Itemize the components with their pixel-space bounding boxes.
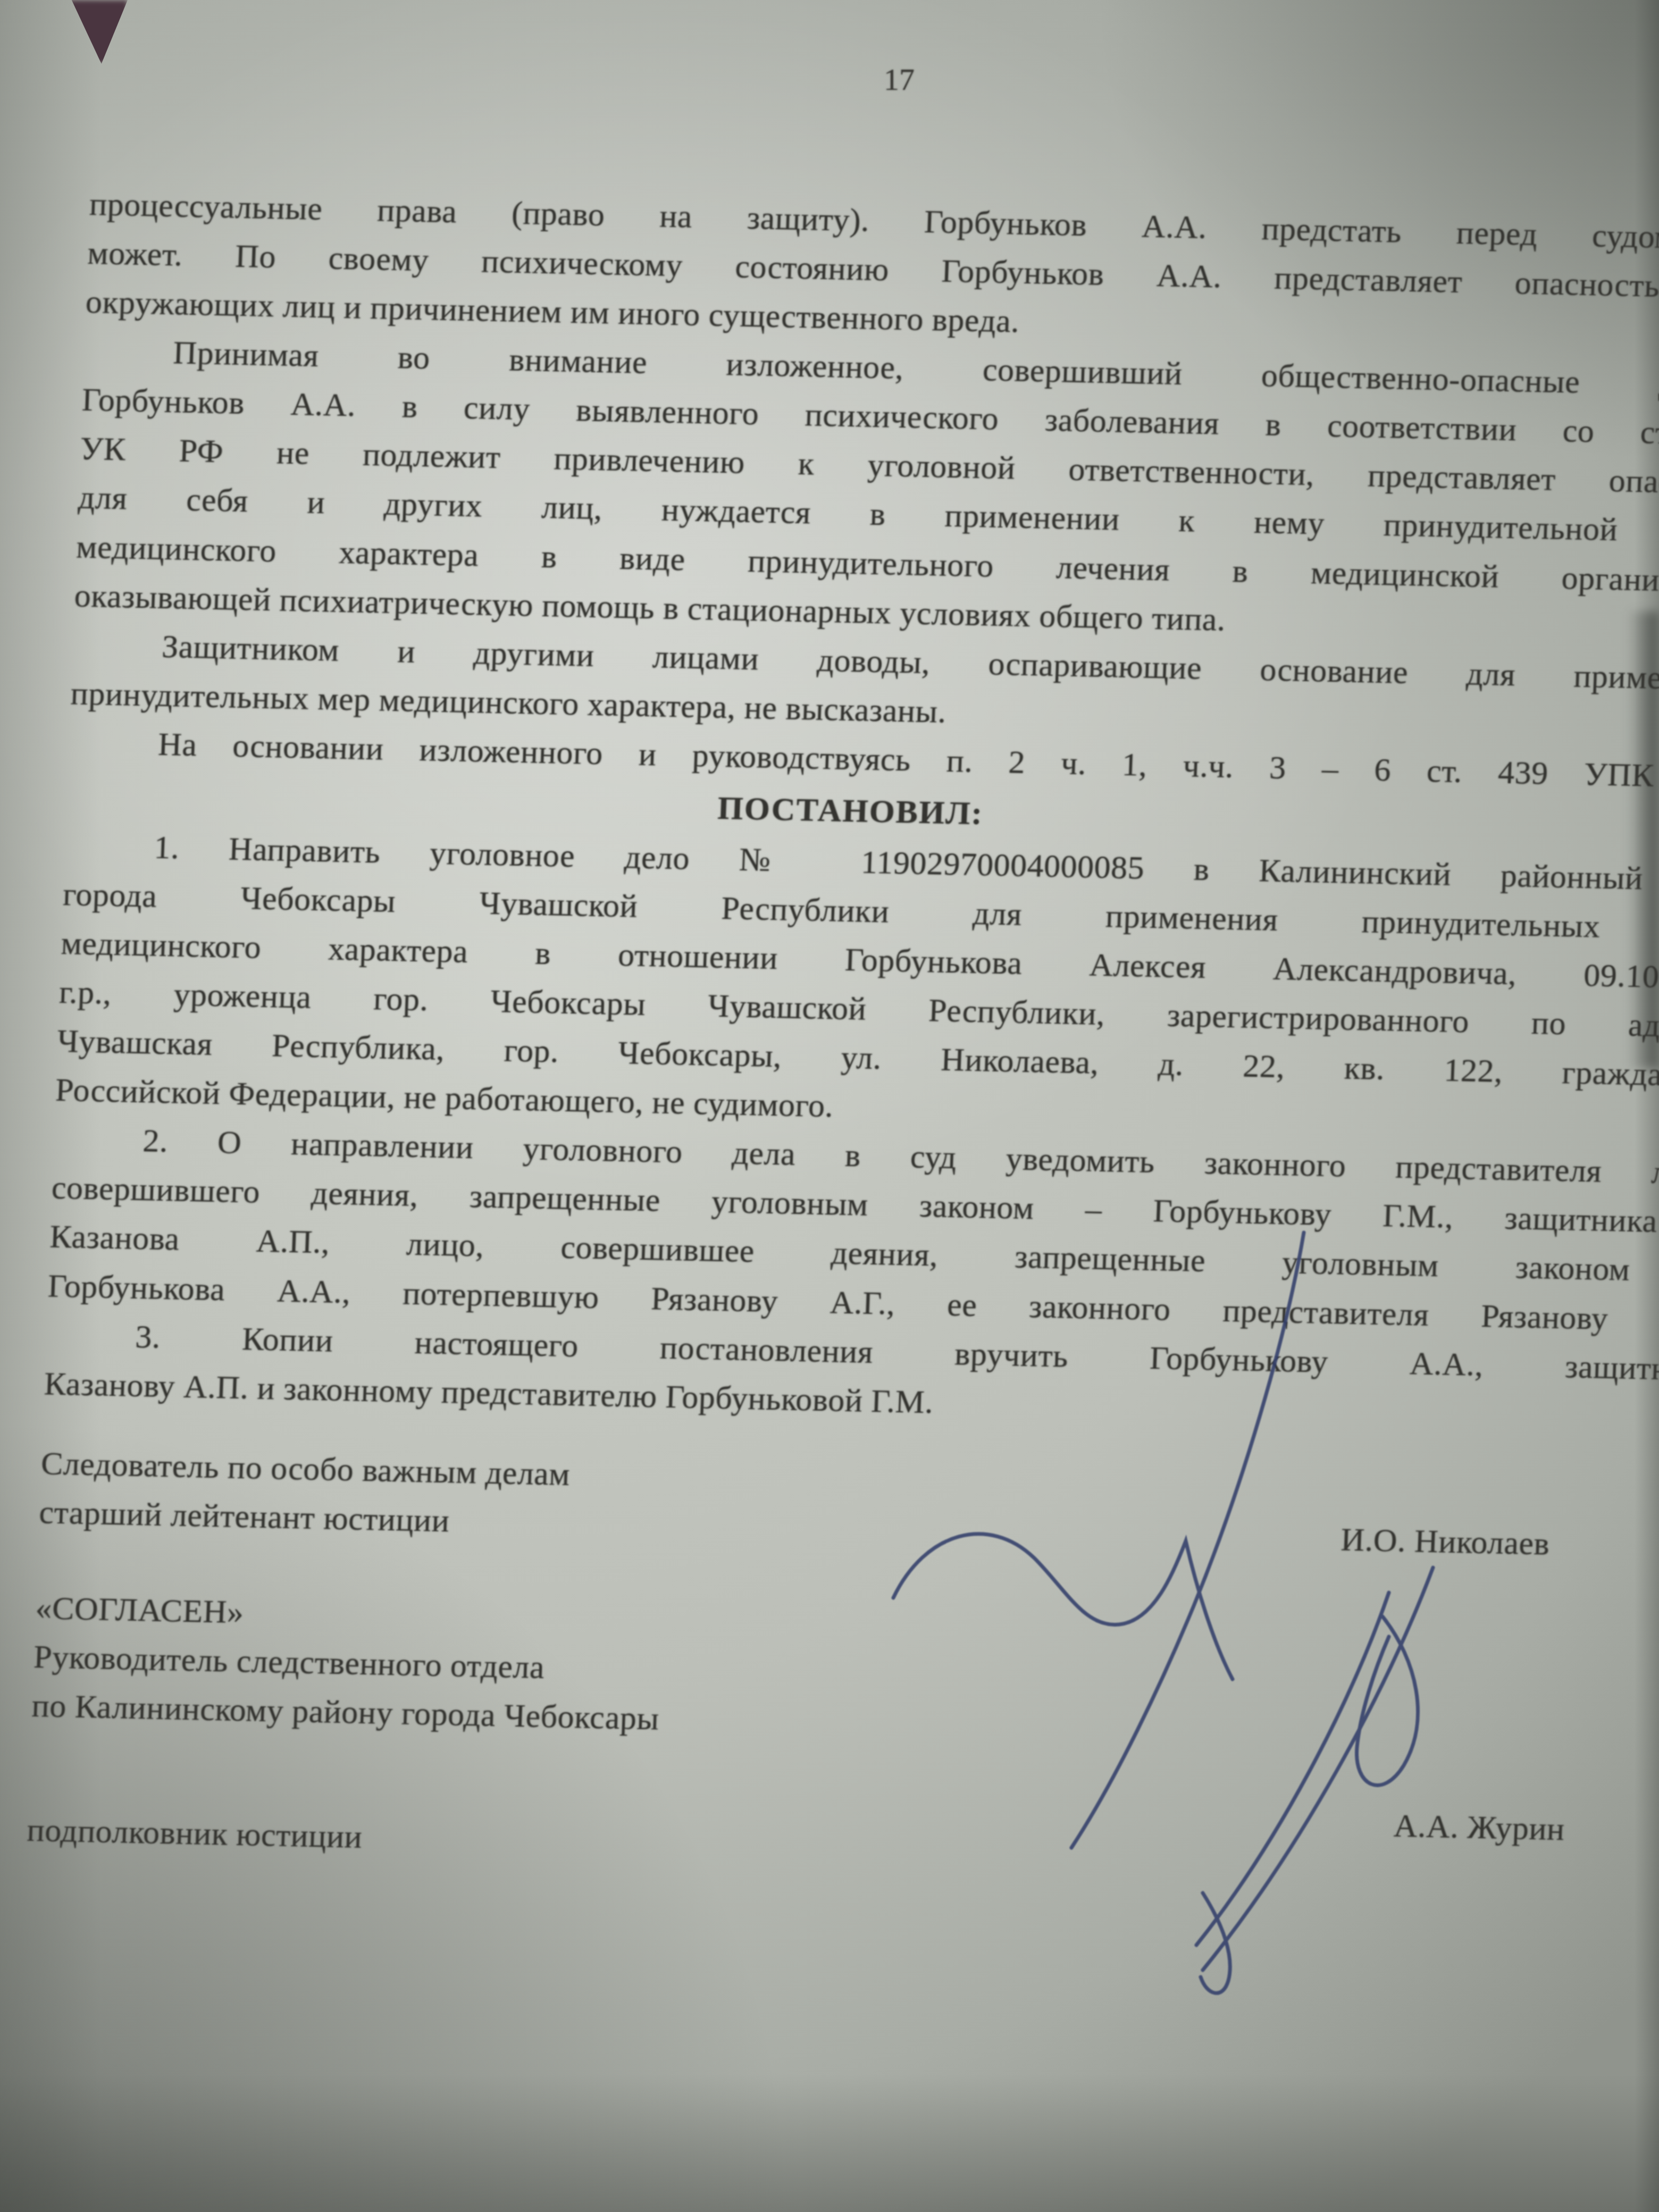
page-number-value: 17 (884, 62, 915, 97)
investigator-signature-block: Следователь по особо важным делам старши… (38, 1439, 1659, 1572)
approval-signature-hook (1201, 1893, 1230, 1993)
approval-rank-row: подполковник юстиции А.А. Журин (26, 1806, 1659, 1890)
document-photo: 17 процессуальные права (право на защиту… (0, 0, 1659, 2212)
approval-name: А.А. Журин (1393, 1802, 1565, 1854)
page-number: 17 (884, 62, 915, 97)
approval-block: «СОГЛАСЕН» Руководитель следственного от… (26, 1583, 1659, 1890)
investigator-name: И.О. Николаев (1340, 1515, 1551, 1568)
vignette-bottom (0, 2074, 1659, 2212)
background-corner-triangle (68, 0, 128, 64)
document-text: процессуальные права (право на защиту). … (26, 180, 1659, 1890)
resolution-item-1: 1. Направить уголовное дело № 1190297000… (54, 821, 1659, 1150)
paragraph-conclusion: Принимая во внимание изложенное, соверши… (73, 326, 1659, 655)
resolution-item-2: 2. О направлении уголовного дела в суд у… (47, 1115, 1659, 1345)
